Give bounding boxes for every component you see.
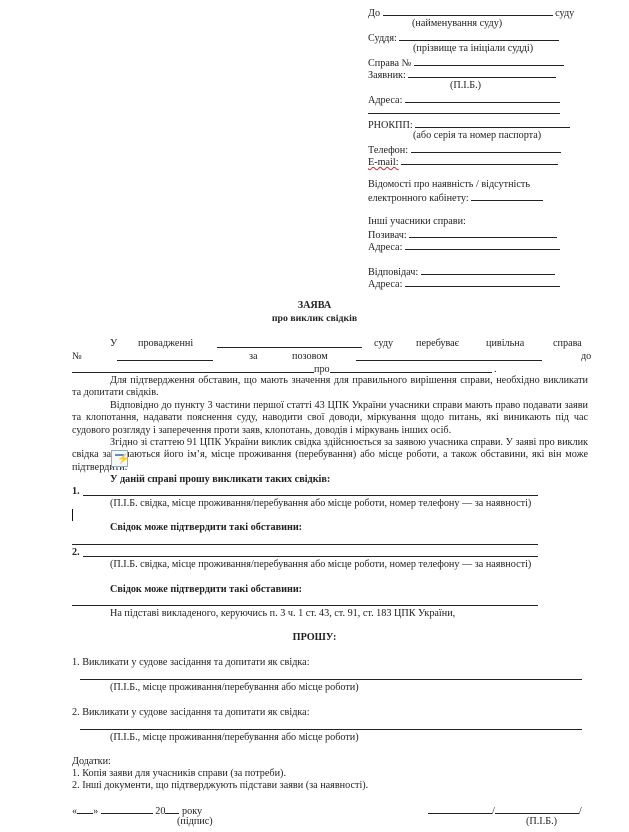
request-item-1: 1. Викликати у судове засідання та допит… xyxy=(72,657,310,669)
witness-2-field[interactable] xyxy=(83,556,538,557)
witness-1-facts-field[interactable] xyxy=(72,544,538,545)
witness-2-hint: (П.І.Б. свідка, місце проживання/перебув… xyxy=(110,559,531,571)
slash: / xyxy=(579,806,582,817)
court-hint: (найменування суду) xyxy=(412,18,502,30)
intro-word: до xyxy=(581,351,591,363)
date-quote-close: » xyxy=(93,806,98,817)
defendant-address-line: Адреса: xyxy=(368,277,560,291)
witnesses-heading: У даній справі прошу викликати таких сві… xyxy=(110,474,330,486)
court-name-blank[interactable] xyxy=(217,347,362,348)
intro-word: перебуває xyxy=(416,338,459,350)
plaintiff-address-label: Адреса: xyxy=(368,242,402,253)
text-cursor xyxy=(72,509,73,521)
email-field[interactable] xyxy=(401,155,558,165)
ecabinet-field[interactable] xyxy=(471,191,543,201)
intro-word: справа xyxy=(553,338,582,350)
rnokpp-label: РНОКПП: xyxy=(368,120,413,131)
defendant-field[interactable] xyxy=(421,265,555,275)
plaintiff-address-field[interactable] xyxy=(405,240,560,250)
intro-word: позовом xyxy=(292,351,328,363)
applicant-label: Заявник: xyxy=(368,70,406,81)
request-heading: ПРОШУ: xyxy=(0,632,629,644)
legal-basis: На підставі викладеного, керуючись п. 3 … xyxy=(110,608,455,620)
applicant-address-line2[interactable] xyxy=(368,113,560,114)
defendant-address-label: Адреса: xyxy=(368,279,402,290)
paragraph-article-91: Згідно зі статтею 91 ЦПК України виклик … xyxy=(72,437,588,474)
attachment-item: 2. Інші документи, що підтверджують підс… xyxy=(72,780,368,792)
court-field[interactable] xyxy=(383,6,553,16)
judge-hint: (прізвище та ініціали судді) xyxy=(413,43,533,55)
name-field[interactable] xyxy=(495,804,579,814)
judge-field[interactable] xyxy=(399,31,559,41)
intro-word: У xyxy=(110,338,117,350)
court-suffix: суду xyxy=(555,8,574,19)
intro-word: провадженні xyxy=(138,338,193,350)
other-participants-label: Інші учасники справи: xyxy=(368,216,466,228)
email-label: E-mail: xyxy=(368,157,399,168)
intro-word: цивільна xyxy=(486,338,524,350)
email-line: E-mail: xyxy=(368,155,558,169)
rnokpp-hint: (або серія та номер паспорта) xyxy=(413,130,541,142)
witness-1-field[interactable] xyxy=(83,495,538,496)
case-number-blank[interactable] xyxy=(117,360,213,361)
case-number-field[interactable] xyxy=(414,56,564,66)
request-item-2: 2. Викликати у судове засідання та допит… xyxy=(72,707,310,719)
witness-2-facts-label: Свідок може підтвердити такі обставини: xyxy=(110,584,302,596)
paragraph-article-43: Відповідно до пункту 3 частини першої ст… xyxy=(72,400,588,437)
ecabinet-line: електронного кабінету: xyxy=(368,191,543,205)
rnokpp-field[interactable] xyxy=(415,118,570,128)
applicant-hint: (П.І.Б.) xyxy=(450,80,481,92)
witness-2-facts-field[interactable] xyxy=(72,605,538,606)
request-item-2-hint: (П.І.Б., місце проживання/перебування аб… xyxy=(110,732,359,744)
signature-hint: (підпис) xyxy=(177,816,213,828)
judge-label: Суддя: xyxy=(368,33,397,44)
witness-1-hint: (П.І.Б. свідка, місце проживання/перебув… xyxy=(110,498,531,510)
year-prefix: 20 xyxy=(155,806,165,817)
lightning-icon[interactable]: ⚡ xyxy=(111,450,128,467)
applicant-field[interactable] xyxy=(408,68,556,78)
intro-word: суду xyxy=(374,338,393,350)
signature-line: // xyxy=(428,804,582,818)
paragraph-purpose: Для підтвердження обставин, що мають зна… xyxy=(72,375,588,400)
day-field[interactable] xyxy=(77,804,93,814)
defendant-blank[interactable] xyxy=(72,372,314,373)
plaintiff-address-line: Адреса: xyxy=(368,240,560,254)
attachment-item: 1. Копія заяви для учасників справи (за … xyxy=(72,768,286,780)
plaintiff-field[interactable] xyxy=(409,228,557,238)
plaintiff-blank[interactable] xyxy=(356,360,542,361)
court-label: До xyxy=(368,8,380,19)
witness-1-number: 1. xyxy=(72,486,80,498)
year-field[interactable] xyxy=(165,804,179,814)
request-item-2-field[interactable] xyxy=(80,729,582,730)
applicant-address-field[interactable] xyxy=(405,93,560,103)
intro-word: № xyxy=(72,351,82,363)
witness-1-facts-label: Свідок може підтвердити такі обставини: xyxy=(110,522,302,534)
month-field[interactable] xyxy=(101,804,153,814)
ecabinet-label: Відомості про наявність / відсутність xyxy=(368,179,530,191)
defendant-address-field[interactable] xyxy=(405,277,560,287)
intro-word: за xyxy=(249,351,258,363)
bolt-glyph: ⚡ xyxy=(117,454,129,466)
witness-2-number: 2. xyxy=(72,547,80,559)
attachments-label: Додатки: xyxy=(72,756,111,768)
name-hint: (П.І.Б.) xyxy=(526,816,557,828)
subject-blank[interactable] xyxy=(330,372,492,373)
ecabinet-label-2: електронного кабінету: xyxy=(368,193,469,204)
request-item-1-hint: (П.І.Б., місце проживання/перебування аб… xyxy=(110,682,359,694)
signature-field[interactable] xyxy=(428,804,492,814)
document-subtitle: про виклик свідків xyxy=(0,313,629,325)
phone-field[interactable] xyxy=(411,143,561,153)
applicant-address-line: Адреса: xyxy=(368,93,560,107)
applicant-address-label: Адреса: xyxy=(368,95,402,106)
request-item-1-field[interactable] xyxy=(80,679,582,680)
document-title: ЗАЯВА xyxy=(0,300,629,312)
